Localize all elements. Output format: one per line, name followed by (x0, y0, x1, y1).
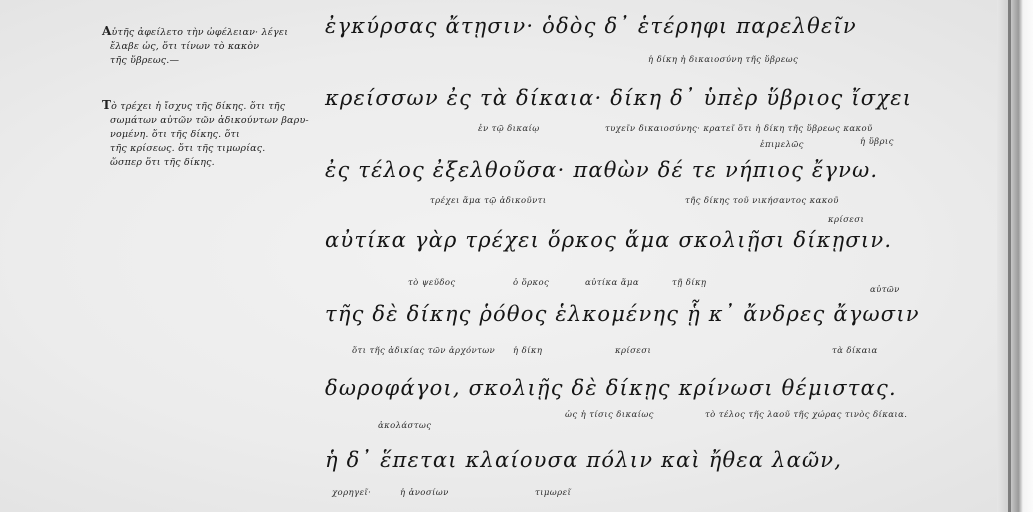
interlinear-gloss: τρέχει ἅμα τῷ ἀδικοῦντι (430, 196, 547, 206)
interlinear-gloss: ὅτι τῆς ἀδικίας τῶν ἀρχόντων (352, 346, 495, 356)
main-text-line-2: κρείσσων ἐς τὰ δίκαια· δίκη δ᾽ ὑπὲρ ὕβρι… (325, 86, 912, 110)
marginal-scholion-2: Τὸ τρέχει ἡ ἴσχυς τῆς δίκης. ὅτι τῆς σωμ… (102, 98, 309, 170)
interlinear-gloss: αὐτῶν (870, 285, 900, 295)
interlinear-gloss: τὰ δίκαια (832, 346, 878, 356)
interlinear-gloss: κρίσεσι (615, 346, 651, 356)
scholion-line: σωμάτων αὐτῶν τῶν ἀδικούντων βαρυ- (102, 114, 309, 128)
interlinear-gloss: κρίσεσι (828, 215, 864, 225)
scholion-initial: Α (102, 24, 112, 38)
interlinear-gloss: τιμωρεῖ (535, 488, 571, 498)
interlinear-gloss: ὡς ἡ τίσις δικαίως (565, 410, 654, 420)
manuscript-page: Αὐτῆς ἀφείλετο τὴν ὠφέλειαν· λέγει ἔλαβε… (0, 0, 1033, 512)
scholion-line: τῆς κρίσεως. ὅτι τῆς τιμωρίας. (102, 142, 309, 156)
main-text-line-7: ἡ δ᾽ ἕπεται κλαίουσα πόλιν καὶ ἤθεα λαῶν… (325, 448, 842, 472)
scholion-line: Αὐτῆς ἀφείλετο τὴν ὠφέλειαν· λέγει (102, 24, 288, 40)
interlinear-gloss: ἐν τῷ δικαίῳ (478, 124, 540, 134)
interlinear-gloss: αὐτίκα ἅμα (585, 278, 639, 288)
interlinear-gloss: ἡ δίκη ἡ δικαιοσύνη τῆς ὕβρεως (648, 55, 798, 65)
scholion-initial: Τ (102, 98, 111, 112)
page-edge-shadow (1008, 0, 1011, 512)
interlinear-gloss: ὁ ὅρκος (513, 278, 549, 288)
interlinear-gloss: ἐπιμελῶς (760, 140, 804, 150)
interlinear-gloss: ἡ ἀνοσίων (400, 488, 449, 498)
scholion-line: ἔλαβε ὡς, ὅτι τίνων τὸ κακὸν (102, 40, 288, 54)
interlinear-gloss: τῆς δίκης τοῦ νικήσαντος κακοῦ (685, 196, 839, 206)
interlinear-gloss: τυχεῖν δικαιοσύνης· κρατεῖ ὅτι ἡ δίκη τῆ… (605, 124, 873, 134)
main-text-line-5: τῆς δὲ δίκης ῥόθος ἑλκομένης ᾗ κ᾽ ἄνδρες… (325, 302, 920, 326)
interlinear-gloss: ἡ δίκη (513, 346, 542, 356)
scholion-line: νομένη. ὅτι τῆς δίκης. ὅτι (102, 128, 309, 142)
main-text-line-3: ἐς τέλος ἐξελθοῦσα· παθὼν δέ τε νήπιος ἔ… (325, 158, 878, 182)
main-text-line-6: δωροφάγοι, σκολιῇς δὲ δίκῃς κρίνωσι θέμι… (325, 376, 897, 400)
page-edge (997, 0, 1033, 512)
interlinear-gloss: ἡ ὕβρις (860, 137, 894, 147)
interlinear-gloss: χορηγεῖ· (332, 488, 371, 498)
scholion-line: ὥσπερ ὅτι τῆς δίκης. (102, 156, 309, 170)
interlinear-gloss: τὸ τέλος τῆς λαοῦ τῆς χώρας τινὸς δίκαια… (705, 410, 907, 420)
marginal-scholion-1: Αὐτῆς ἀφείλετο τὴν ὠφέλειαν· λέγει ἔλαβε… (102, 24, 288, 68)
main-text-line-4: αὐτίκα γὰρ τρέχει ὅρκος ἅμα σκολιῇσι δίκ… (325, 228, 892, 252)
interlinear-gloss: τῇ δίκῃ (672, 278, 706, 288)
interlinear-gloss: ἀκολάστως (378, 421, 431, 431)
scholion-line: τῆς ὕβρεως.— (102, 54, 288, 68)
interlinear-gloss: τὸ ψεῦδος (408, 278, 456, 288)
scholion-line: Τὸ τρέχει ἡ ἴσχυς τῆς δίκης. ὅτι τῆς (102, 98, 309, 114)
main-text-line-1: ἐγκύρσας ἄτῃσιν· ὁδὸς δ᾽ ἑτέρηφι παρελθε… (325, 14, 857, 38)
